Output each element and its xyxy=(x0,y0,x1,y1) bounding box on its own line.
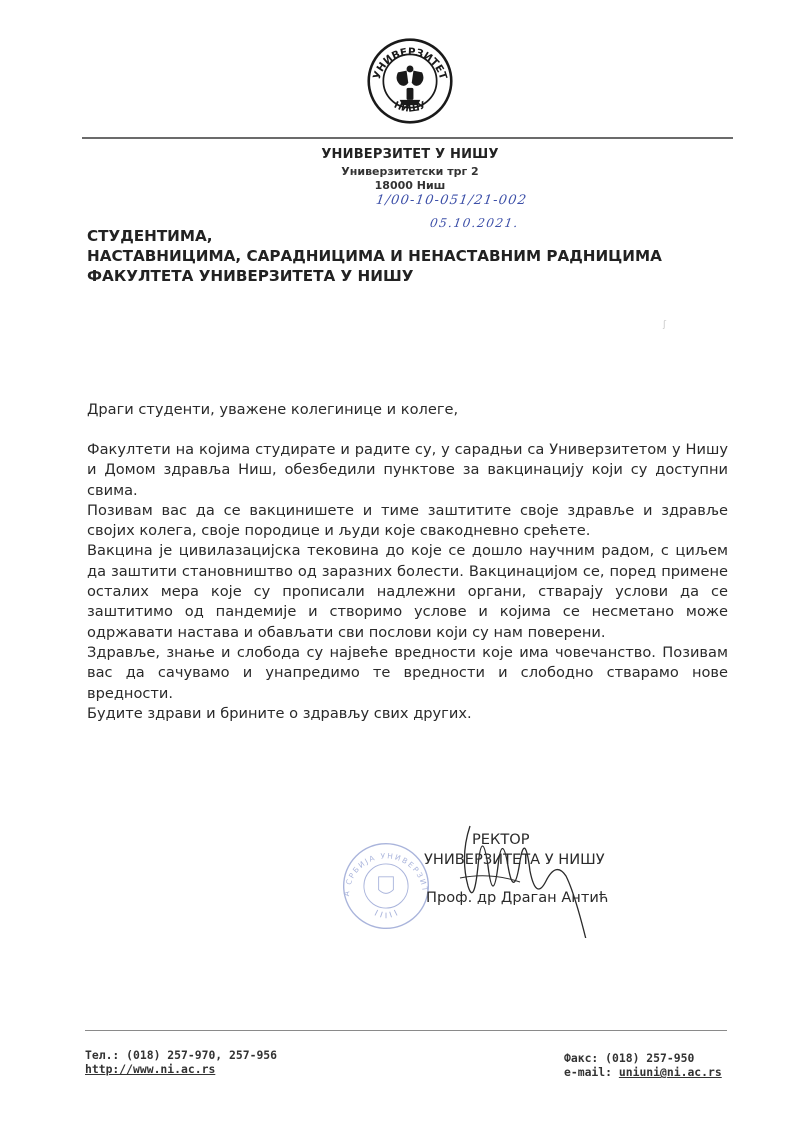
stamp-text: РЕПУБЛИКА СРБИЈА УНИВЕРЗИТЕТ У НИШУ xyxy=(340,840,430,897)
scan-artifact: ʃ xyxy=(663,320,666,330)
paragraph: Факултети на којима студирате и радите с… xyxy=(87,440,728,501)
letter-body: Факултети на којима студирате и радите с… xyxy=(87,440,728,724)
university-seal-logo: УНИВЕРЗИТЕТ НИШУ xyxy=(367,38,453,124)
institution-city: 18000 Ниш xyxy=(0,179,800,192)
paragraph: Позивам вас да се вакцинишете и тиме заш… xyxy=(87,501,728,542)
addressee-line-2: НАСТАВНИЦИМА, САРАДНИЦИМА И НЕНАСТАВНИМ … xyxy=(87,247,662,265)
footer-email: e-mail: uniuni@ni.ac.rs xyxy=(564,1065,722,1079)
email-link[interactable]: uniuni@ni.ac.rs xyxy=(619,1065,722,1079)
institution-name: УНИВЕРЗИТЕТ У НИШУ xyxy=(0,147,800,162)
handwritten-date: 05.10.2021. xyxy=(429,216,520,230)
official-stamp: РЕПУБЛИКА СРБИЈА УНИВЕРЗИТЕТ У НИШУ xyxy=(340,840,432,932)
paragraph: Будите здрави и брините о здрављу свих д… xyxy=(87,704,728,724)
handwritten-reference-number: 1/00-10-051/21-002 xyxy=(375,193,528,208)
email-label: e-mail: xyxy=(564,1065,612,1079)
addressee-line-3: ФАКУЛТЕТА УНИВЕРЗИТЕТА У НИШУ xyxy=(87,267,413,285)
greeting: Драги студенти, уважене колегинице и кол… xyxy=(87,400,728,420)
footer-fax: Факс: (018) 257-950 xyxy=(564,1051,694,1065)
svg-text:РЕПУБЛИКА СРБИЈА УНИВЕРЗИТЕТ У: РЕПУБЛИКА СРБИЈА УНИВЕРЗИТЕТ У НИШУ xyxy=(340,840,430,897)
footer-divider xyxy=(85,1030,727,1031)
paragraph: Здравље, знање и слобода су највеће вред… xyxy=(87,643,728,704)
handwritten-signature xyxy=(430,818,610,938)
header-divider xyxy=(82,137,733,139)
paragraph: Вакцина је цивилазацијска тековина до ко… xyxy=(87,541,728,642)
footer-website-link[interactable]: http://www.ni.ac.rs xyxy=(85,1062,215,1076)
institution-address: Универзитетски трг 2 xyxy=(0,165,800,178)
addressee-line-1: СТУДЕНТИМА, xyxy=(87,227,213,245)
footer-phone: Тел.: (018) 257-970, 257-956 xyxy=(85,1048,277,1062)
